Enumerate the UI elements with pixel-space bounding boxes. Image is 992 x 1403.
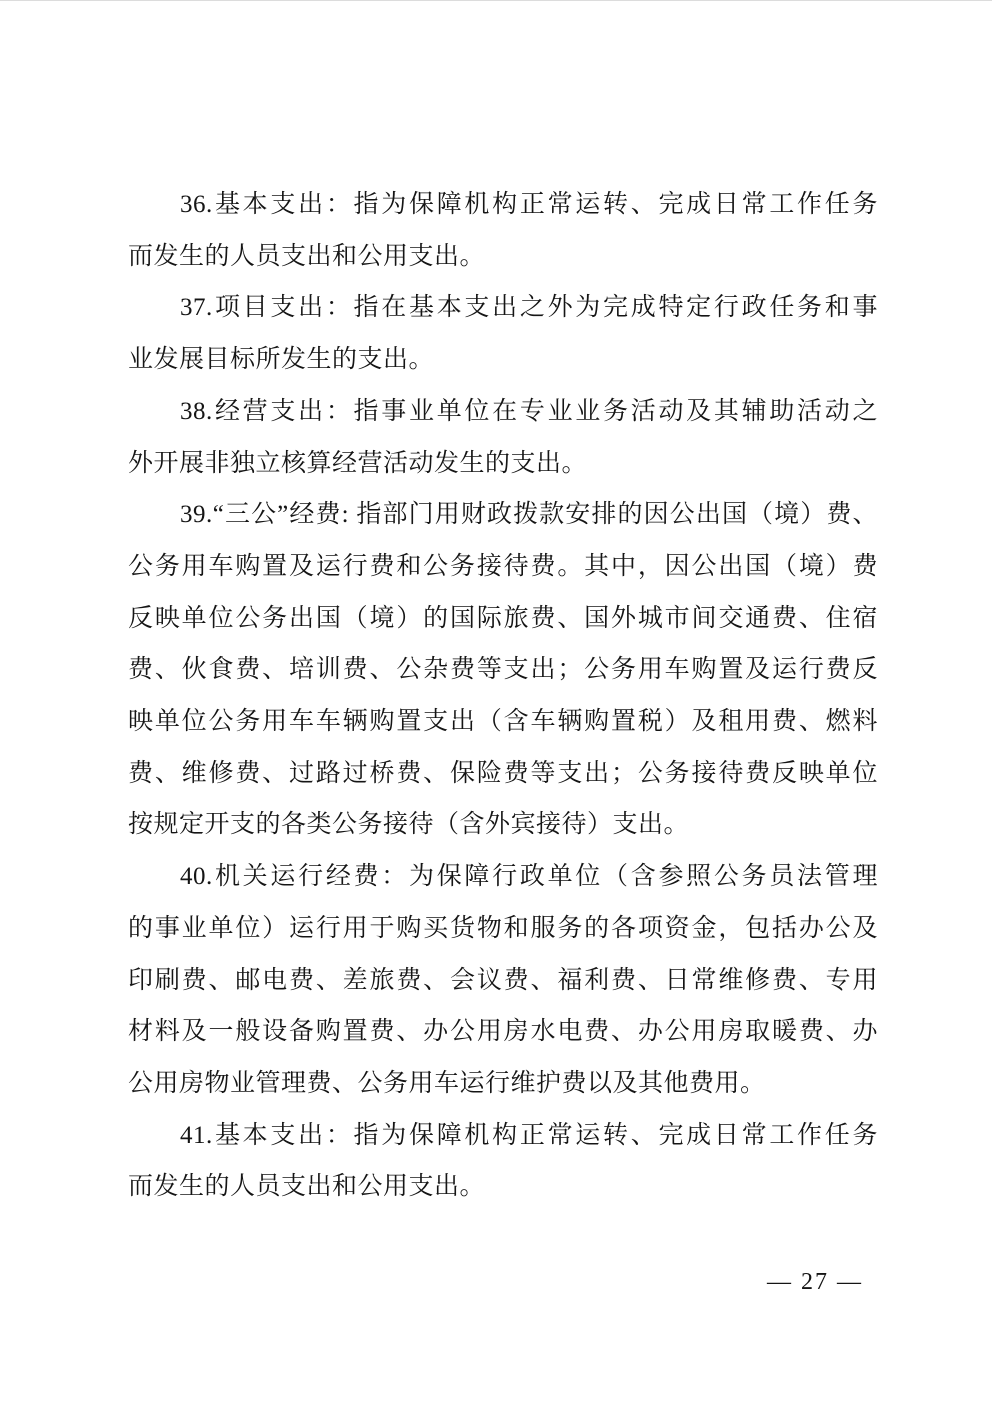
text-line: 外开展非独立核算经营活动发生的支出。 xyxy=(128,438,878,490)
paragraph-41: 41.基本支出：指为保障机构正常运转、完成日常工作任务 而发生的人员支出和公用支… xyxy=(128,1110,878,1213)
text-line: 业发展目标所发生的支出。 xyxy=(128,334,878,386)
text-line: 37.项目支出：指在基本支出之外为完成特定行政任务和事 xyxy=(128,282,878,334)
text-line: 费、维修费、过路过桥费、保险费等支出；公务接待费反映单位 xyxy=(128,748,878,800)
text-line: 材料及一般设备购置费、办公用房水电费、办公用房取暖费、办 xyxy=(128,1006,878,1058)
text-line: 41.基本支出：指为保障机构正常运转、完成日常工作任务 xyxy=(128,1110,878,1162)
scan-edge-artifact xyxy=(0,0,992,1)
paragraph-36: 36.基本支出：指为保障机构正常运转、完成日常工作任务 而发生的人员支出和公用支… xyxy=(128,179,878,282)
text-line: 费、伙食费、培训费、公杂费等支出；公务用车购置及运行费反 xyxy=(128,644,878,696)
text-line: 38.经营支出：指事业单位在专业业务活动及其辅助活动之 xyxy=(128,386,878,438)
paragraph-39: 39.“三公”经费: 指部门用财政拨款安排的因公出国（境）费、 公务用车购置及运… xyxy=(128,489,878,851)
text-line: 39.“三公”经费: 指部门用财政拨款安排的因公出国（境）费、 xyxy=(128,489,878,541)
text-line: 映单位公务用车车辆购置支出（含车辆购置税）及租用费、燃料 xyxy=(128,696,878,748)
text-line: 而发生的人员支出和公用支出。 xyxy=(128,231,878,283)
text-line: 印刷费、邮电费、差旅费、会议费、福利费、日常维修费、专用 xyxy=(128,955,878,1007)
paragraph-38: 38.经营支出：指事业单位在专业业务活动及其辅助活动之 外开展非独立核算经营活动… xyxy=(128,386,878,489)
page-number: — 27 — xyxy=(767,1266,863,1298)
paragraph-40: 40.机关运行经费：为保障行政单位（含参照公务员法管理 的事业单位）运行用于购买… xyxy=(128,851,878,1110)
text-line: 40.机关运行经费：为保障行政单位（含参照公务员法管理 xyxy=(128,851,878,903)
text-line: 而发生的人员支出和公用支出。 xyxy=(128,1161,878,1213)
document-page: 36.基本支出：指为保障机构正常运转、完成日常工作任务 而发生的人员支出和公用支… xyxy=(0,0,992,1403)
text-block: 36.基本支出：指为保障机构正常运转、完成日常工作任务 而发生的人员支出和公用支… xyxy=(128,179,878,1213)
text-line: 反映单位公务出国（境）的国际旅费、国外城市间交通费、住宿 xyxy=(128,593,878,645)
text-line: 公用房物业管理费、公务用车运行维护费以及其他费用。 xyxy=(128,1058,878,1110)
text-line: 公务用车购置及运行费和公务接待费。其中，因公出国（境）费 xyxy=(128,541,878,593)
paragraph-37: 37.项目支出：指在基本支出之外为完成特定行政任务和事 业发展目标所发生的支出。 xyxy=(128,282,878,385)
text-line: 按规定开支的各类公务接待（含外宾接待）支出。 xyxy=(128,799,878,851)
text-line: 的事业单位）运行用于购买货物和服务的各项资金，包括办公及 xyxy=(128,903,878,955)
text-line: 36.基本支出：指为保障机构正常运转、完成日常工作任务 xyxy=(128,179,878,231)
